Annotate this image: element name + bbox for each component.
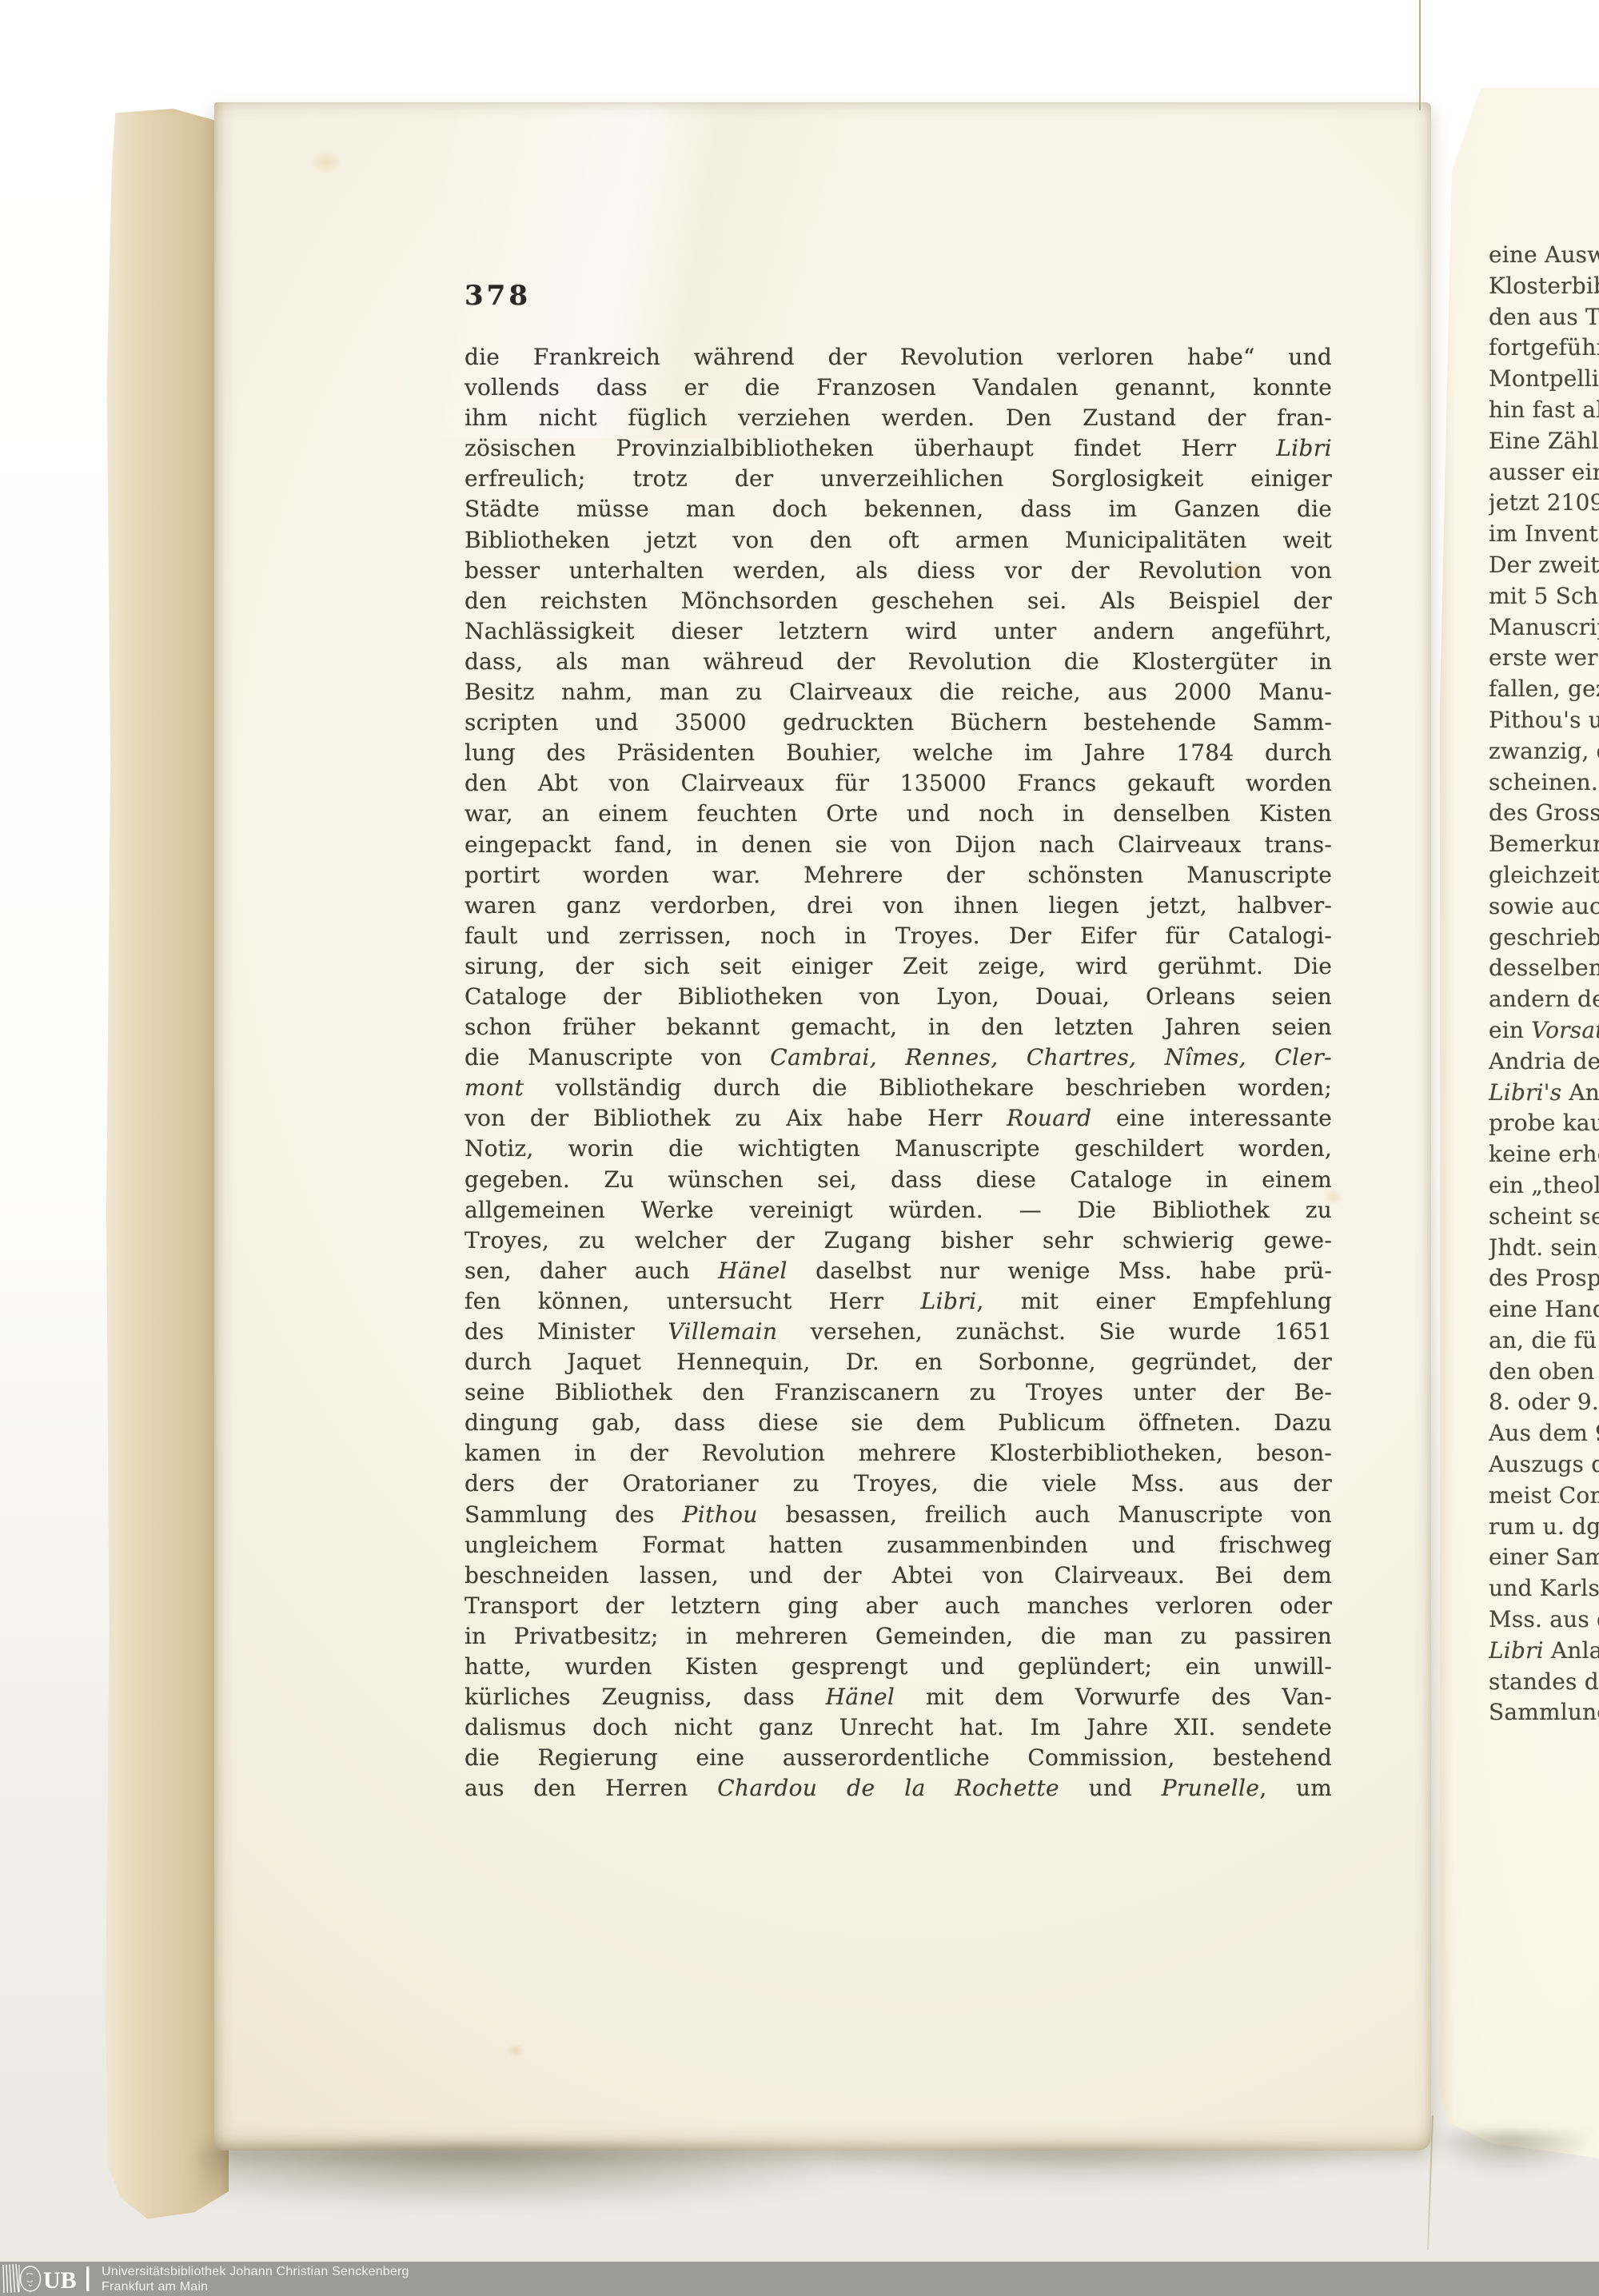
text-line: Libri's Ann: [1489, 1078, 1599, 1109]
text-line: fault und zerrissen, noch in Troyes. Der…: [465, 921, 1332, 951]
text-line: Eine Zählung: [1489, 426, 1599, 457]
text-line: ausser einige: [1489, 457, 1599, 488]
text-line: kamen in der Revolution mehrere Klosterb…: [465, 1438, 1332, 1469]
text-line: Troyes, zu welcher der Zugang bisher seh…: [465, 1226, 1332, 1256]
text-line: Cataloge der Bibliotheken von Lyon, Doua…: [465, 982, 1332, 1012]
text-line: ders der Oratorianer zu Troyes, die viel…: [465, 1469, 1332, 1499]
text-line: vollends dass er die Franzosen Vandalen …: [465, 373, 1332, 403]
text-line: besser unterhalten werden, als diess vor…: [465, 556, 1332, 586]
text-line: Klosterbibliot: [1489, 271, 1599, 302]
text-line: sowie auch e: [1489, 891, 1599, 923]
text-line: fen können, untersucht Herr Libri, mit e…: [465, 1286, 1332, 1317]
text-line: jetzt 2109 M: [1489, 488, 1599, 519]
text-line: waren ganz verdorben, drei von ihnen lie…: [465, 891, 1332, 921]
text-line: durch Jaquet Hennequin, Dr. en Sorbonne,…: [465, 1347, 1332, 1377]
text-line: Andria des: [1489, 1046, 1599, 1078]
text-line: Auszugs des: [1489, 1449, 1599, 1481]
text-line: Montpellier i: [1489, 364, 1599, 395]
text-line: mit 5 Schrift: [1489, 581, 1599, 612]
text-line: sirung, der sich seit einiger Zeit zeige…: [465, 951, 1332, 982]
text-line: aus den Herren Chardou de la Rochette un…: [465, 1773, 1332, 1804]
text-line: ein Vorsatzb: [1489, 1015, 1599, 1046]
paper-stain: [507, 2043, 524, 2058]
text-line: dalismus doch nicht ganz Unrecht hat. Im…: [465, 1712, 1332, 1743]
text-line: geschrieben: [1489, 923, 1599, 954]
text-line: des Prosper: [1489, 1263, 1599, 1294]
text-line: Mss. aus de: [1489, 1604, 1599, 1636]
text-line: hin fast alle: [1489, 395, 1599, 426]
text-line: Pithou's und: [1489, 705, 1599, 736]
text-line: ihm nicht füglich verziehen werden. Den …: [465, 403, 1332, 433]
text-line: Jhdt. sein, i: [1489, 1233, 1599, 1264]
text-line: beschneiden lassen, und der Abtei von Cl…: [465, 1561, 1332, 1591]
text-line: desselben B: [1489, 953, 1599, 984]
text-line: schon früher bekannt gemacht, in den let…: [465, 1012, 1332, 1042]
scanned-document-view: 378 die Frankreich während der Revolutio…: [0, 0, 1599, 2296]
text-line: und Karls (: [1489, 1573, 1599, 1604]
text-line: eine Auswahl: [1489, 240, 1599, 271]
library-name: Universitätsbibliothek Johann Christian …: [102, 2264, 409, 2279]
text-line: gegeben. Zu wünschen sei, dass diese Cat…: [465, 1165, 1332, 1195]
text-line: Besitz nahm, man zu Clairveaux die reich…: [465, 677, 1332, 708]
text-line: probe kaum: [1489, 1108, 1599, 1139]
ub-logo-text: UB: [43, 2267, 77, 2294]
text-line: lung des Präsidenten Bouhier, welche im …: [465, 738, 1332, 768]
text-line: zwanzig, die: [1489, 736, 1599, 767]
text-line: eine Handsc: [1489, 1294, 1599, 1325]
text-line: des Grossen,: [1489, 798, 1599, 829]
text-line: fallen, gezä: [1489, 674, 1599, 705]
next-page-edge-line: [1419, 0, 1421, 110]
text-line: den oben er: [1489, 1357, 1599, 1388]
text-line: standes die: [1489, 1667, 1599, 1698]
text-line: von der Bibliothek zu Aix habe Herr Roua…: [465, 1103, 1332, 1134]
text-line: Transport der letztern ging aber auch ma…: [465, 1591, 1332, 1621]
text-line: die Frankreich während der Revolution ve…: [465, 342, 1332, 373]
text-line: Sammlung des Pithou besassen, freilich a…: [465, 1500, 1332, 1530]
text-line: dingung gab, dass diese sie dem Publicum…: [465, 1408, 1332, 1438]
text-line: in Privatbesitz; in mehreren Gemeinden, …: [465, 1621, 1332, 1652]
ub-library-logo-icon: UB: [2, 2263, 98, 2294]
text-line: 8. oder 9. J: [1489, 1387, 1599, 1418]
text-line: Nachlässigkeit dieser letztern wird unte…: [465, 616, 1332, 647]
text-line: keine erhebl: [1489, 1139, 1599, 1170]
book-page: 378 die Frankreich während der Revolutio…: [214, 102, 1431, 2151]
page-stack-edge: [106, 109, 229, 2221]
text-line: sen, daher auch Hänel daselbst nur wenig…: [465, 1256, 1332, 1286]
library-banner-text: Universitätsbibliothek Johann Christian …: [102, 2264, 409, 2294]
text-line: allgemeinen Werke vereinigt würden. — Di…: [465, 1195, 1332, 1226]
text-line: im Inventar: [1489, 519, 1599, 550]
text-line: kürliches Zeugniss, dass Hänel mit dem V…: [465, 1682, 1332, 1712]
text-line: scheinen. Da: [1489, 767, 1599, 799]
text-line: andern den: [1489, 984, 1599, 1015]
text-line: Sammlungen: [1489, 1697, 1599, 1728]
page-shadow: [839, 2147, 1431, 2198]
text-line: hatte, wurden Kisten gesprengt und geplü…: [465, 1652, 1332, 1682]
text-line: Bibliotheken jetzt von den oft armen Mun…: [465, 525, 1332, 556]
text-line: erste werden: [1489, 643, 1599, 674]
text-line: zösischen Provinzialbibliotheken überhau…: [465, 433, 1332, 464]
text-line: die Regierung eine ausserordentliche Com…: [465, 1743, 1332, 1773]
text-line: den reichsten Mönchsorden geschehen sei.…: [465, 586, 1332, 616]
text-line: den Abt von Clairveaux für 135000 Francs…: [465, 768, 1332, 799]
text-line: die Manuscripte von Cambrai, Rennes, Cha…: [465, 1042, 1332, 1073]
text-line: einer Samml: [1489, 1542, 1599, 1573]
text-line: Aus dem 9-: [1489, 1418, 1599, 1449]
text-line: meist Comm: [1489, 1481, 1599, 1512]
text-line: Notiz, worin die wichtigten Manuscripte …: [465, 1134, 1332, 1164]
text-line: den aus T r o: [1489, 302, 1599, 333]
text-line: gleichzeitig,: [1489, 860, 1599, 891]
text-line: fortgeführt,: [1489, 333, 1599, 364]
page-number: 378: [465, 280, 531, 312]
text-line: ein „theolo: [1489, 1170, 1599, 1202]
paper-stain: [310, 150, 342, 174]
text-line: scripten und 35000 gedruckten Büchern be…: [465, 708, 1332, 738]
text-line: Manuscripten: [1489, 612, 1599, 644]
text-line: dass, als man währeud der Revolution die…: [465, 647, 1332, 677]
text-line: war, an einem feuchten Orte und noch in …: [465, 799, 1332, 829]
text-line: mont vollständig durch die Bibliothekare…: [465, 1073, 1332, 1103]
text-line: Der zweit: [1489, 550, 1599, 581]
text-line: scheint sehr: [1489, 1202, 1599, 1233]
text-line: erfreulich; trotz der unverzeihlichen So…: [465, 464, 1332, 494]
library-location: Frankfurt am Main: [102, 2279, 409, 2294]
text-line: seine Bibliothek den Franziscanern zu Tr…: [465, 1377, 1332, 1408]
text-line: an, die fü: [1489, 1325, 1599, 1357]
text-line: rum u. dgl.: [1489, 1512, 1599, 1543]
next-page-shadow: [1438, 2133, 1599, 2178]
text-line: Libri Anlass: [1489, 1636, 1599, 1667]
text-line: Bemerkung v: [1489, 829, 1599, 860]
text-line: des Minister Villemain versehen, zunächs…: [465, 1317, 1332, 1347]
text-line: eingepackt fand, in denen sie von Dijon …: [465, 830, 1332, 860]
text-line: Städte müsse man doch bekennen, dass im …: [465, 494, 1332, 524]
library-banner: UB Universitätsbibliothek Johann Christi…: [0, 2262, 1599, 2296]
text-line: portirt worden war. Mehrere der schönste…: [465, 860, 1332, 891]
text-line: ungleichem Format hatten zusammenbinden …: [465, 1530, 1332, 1561]
next-page-text: eine AuswahlKlosterbibliotden aus T r of…: [1489, 240, 1599, 1759]
page-body-text: die Frankreich während der Revolution ve…: [465, 342, 1332, 1804]
